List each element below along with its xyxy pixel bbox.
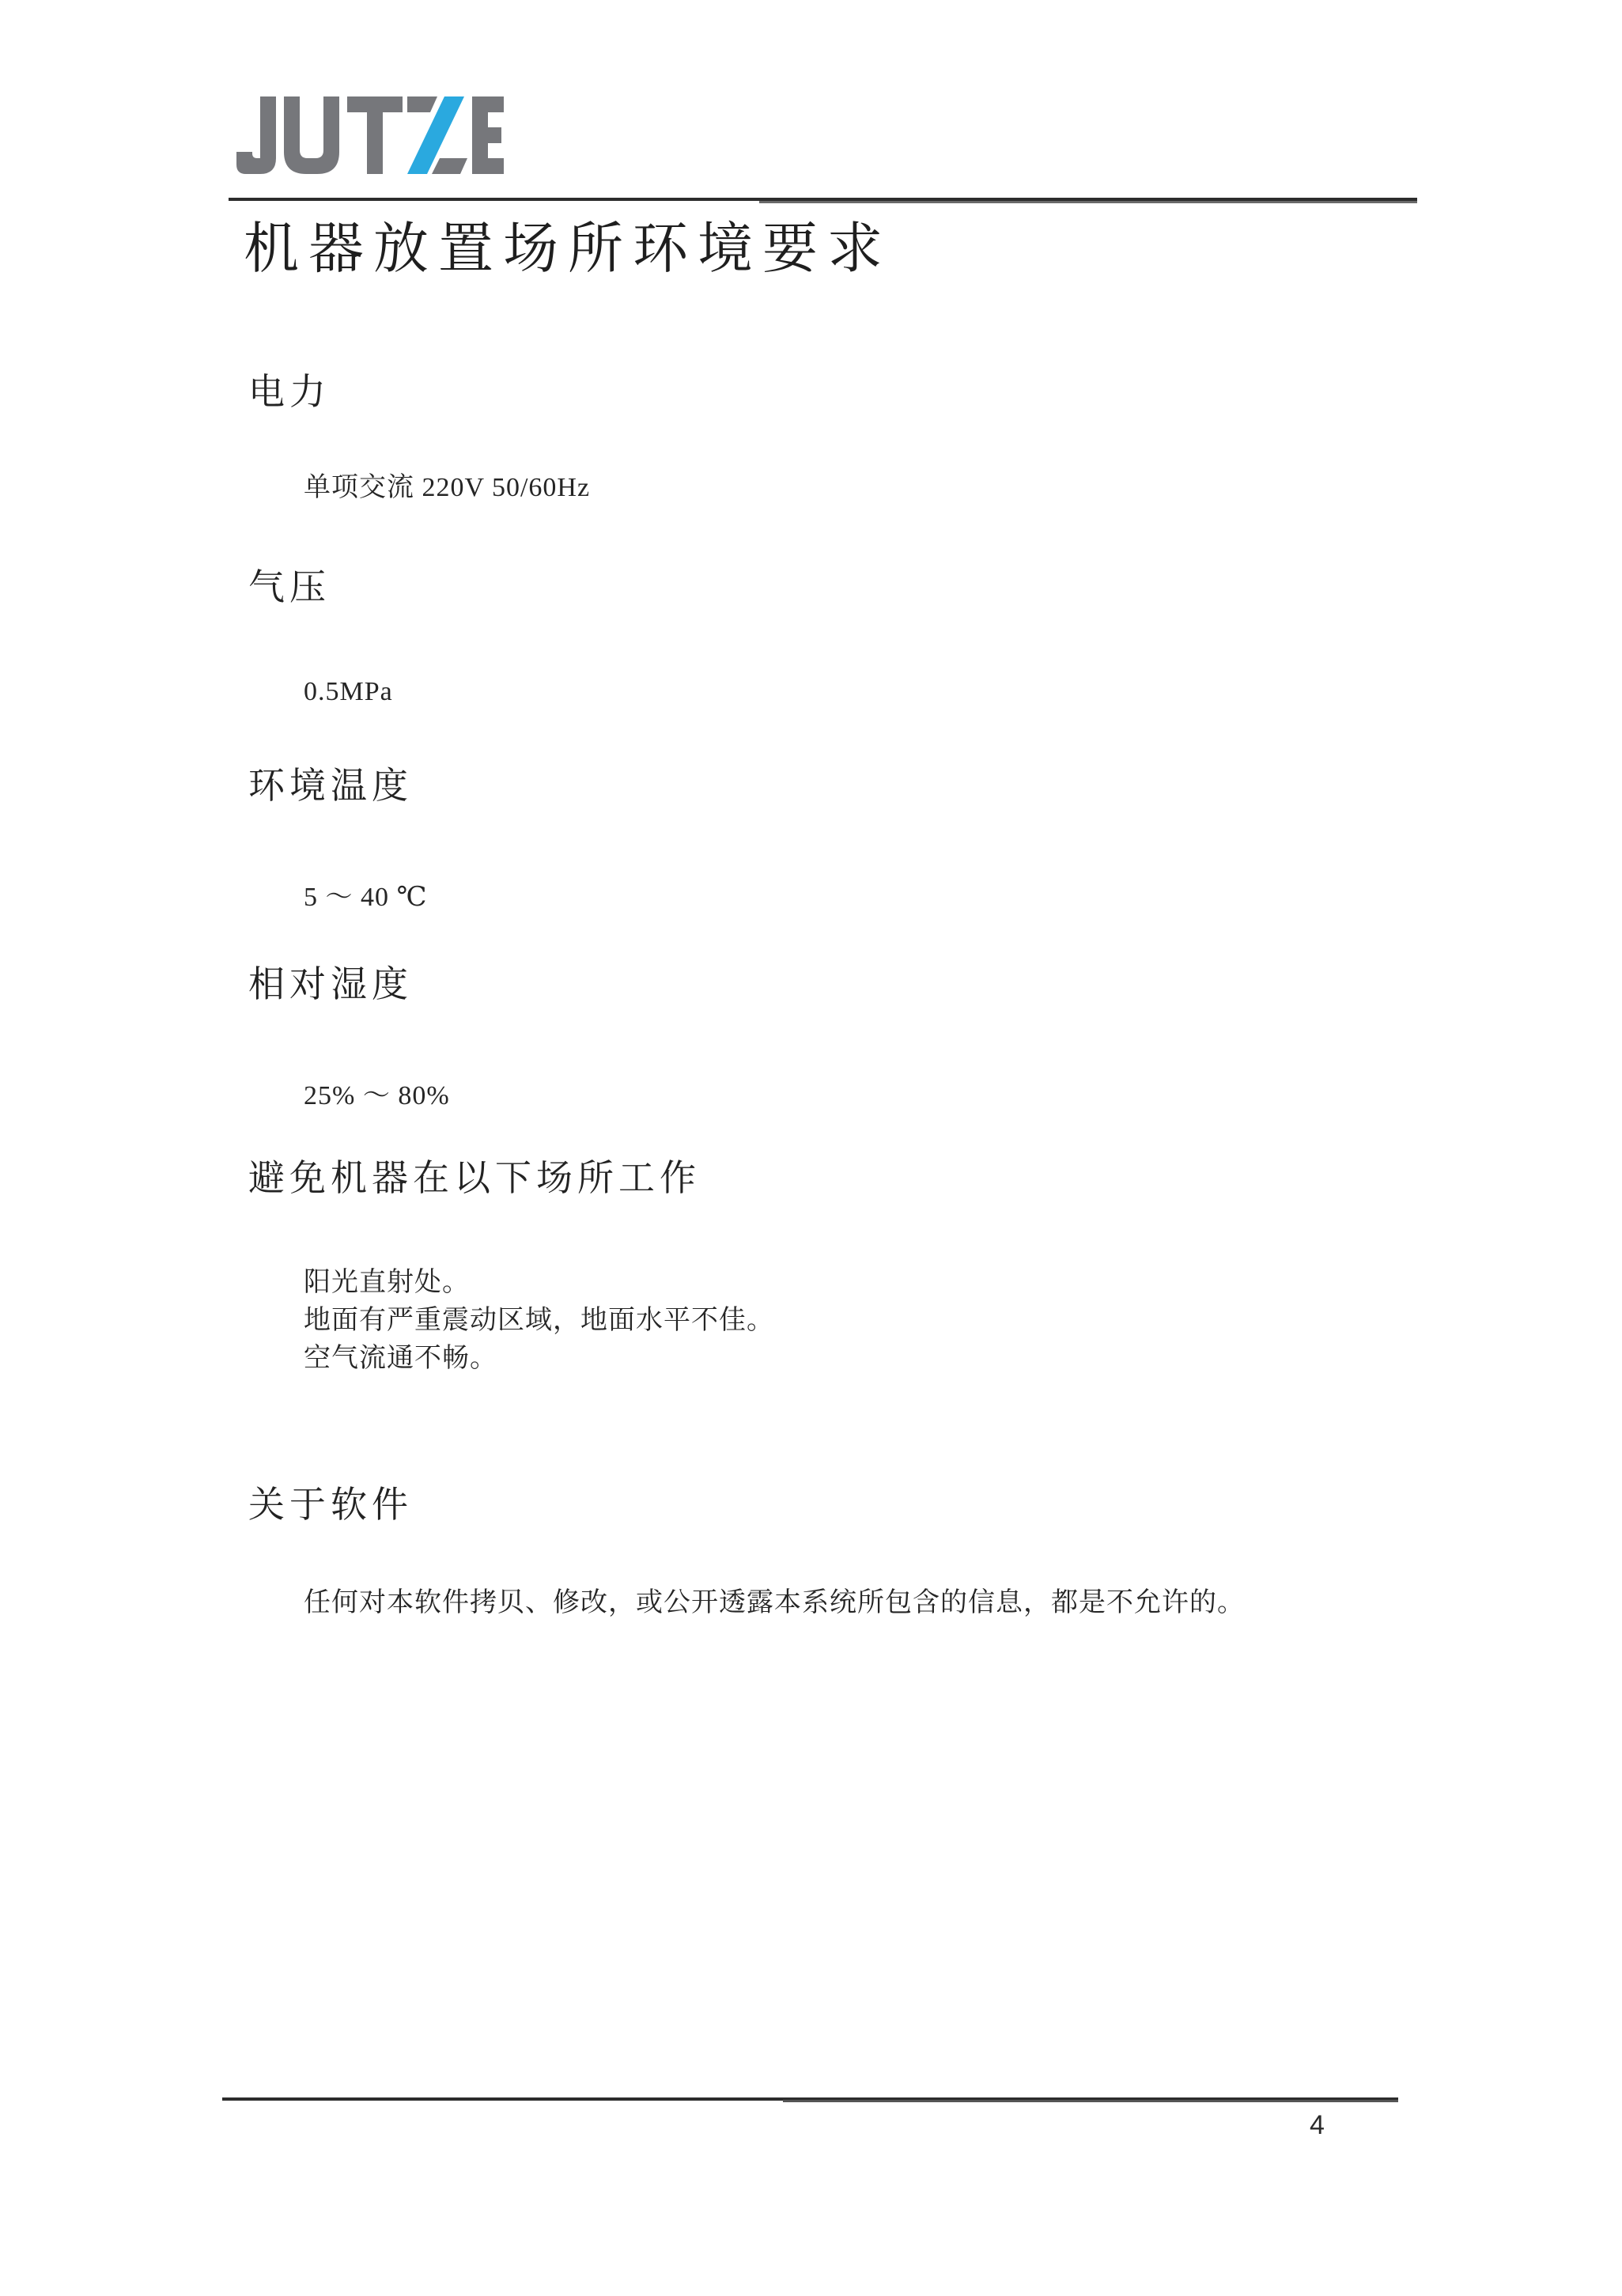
page-number: 4	[1310, 2110, 1325, 2141]
section-heading-air-pressure: 气压	[248, 558, 331, 611]
manual-page: 机器放置场所环境要求 电力 单项交流 220V 50/60Hz 气压 0.5MP…	[0, 0, 1622, 2296]
section-heading-about-software: 关于软件	[248, 1476, 413, 1528]
body-line-air-pressure: 0.5MPa	[304, 677, 393, 707]
body-line-avoid-vibration: 地面有严重震动区域，地面水平不佳。	[304, 1298, 774, 1337]
header-rule-shadow	[759, 201, 1417, 203]
body-line-about-software: 任何对本软件拷贝、修改，或公开透露本系统所包含的信息，都是不允许的。	[304, 1580, 1245, 1619]
body-line-avoid-airflow: 空气流通不畅。	[304, 1336, 497, 1375]
footer-rule-shadow	[783, 2100, 1398, 2102]
body-line-relative-humidity: 25% ～ 80%	[304, 1073, 450, 1112]
section-heading-avoid-locations: 避免机器在以下场所工作	[248, 1149, 701, 1201]
jutze-logo	[235, 96, 504, 174]
section-heading-electric-power: 电力	[248, 363, 331, 415]
body-line-avoid-sunlight: 阳光直射处。	[304, 1260, 470, 1299]
page-title: 机器放置场所环境要求	[244, 204, 892, 284]
body-line-electric-power: 单项交流 220V 50/60Hz	[304, 465, 590, 504]
section-heading-relative-humidity: 相对湿度	[248, 955, 413, 1008]
section-heading-ambient-temperature: 环境温度	[248, 757, 413, 809]
body-line-ambient-temperature: 5 ～ 40 ℃	[304, 875, 428, 913]
